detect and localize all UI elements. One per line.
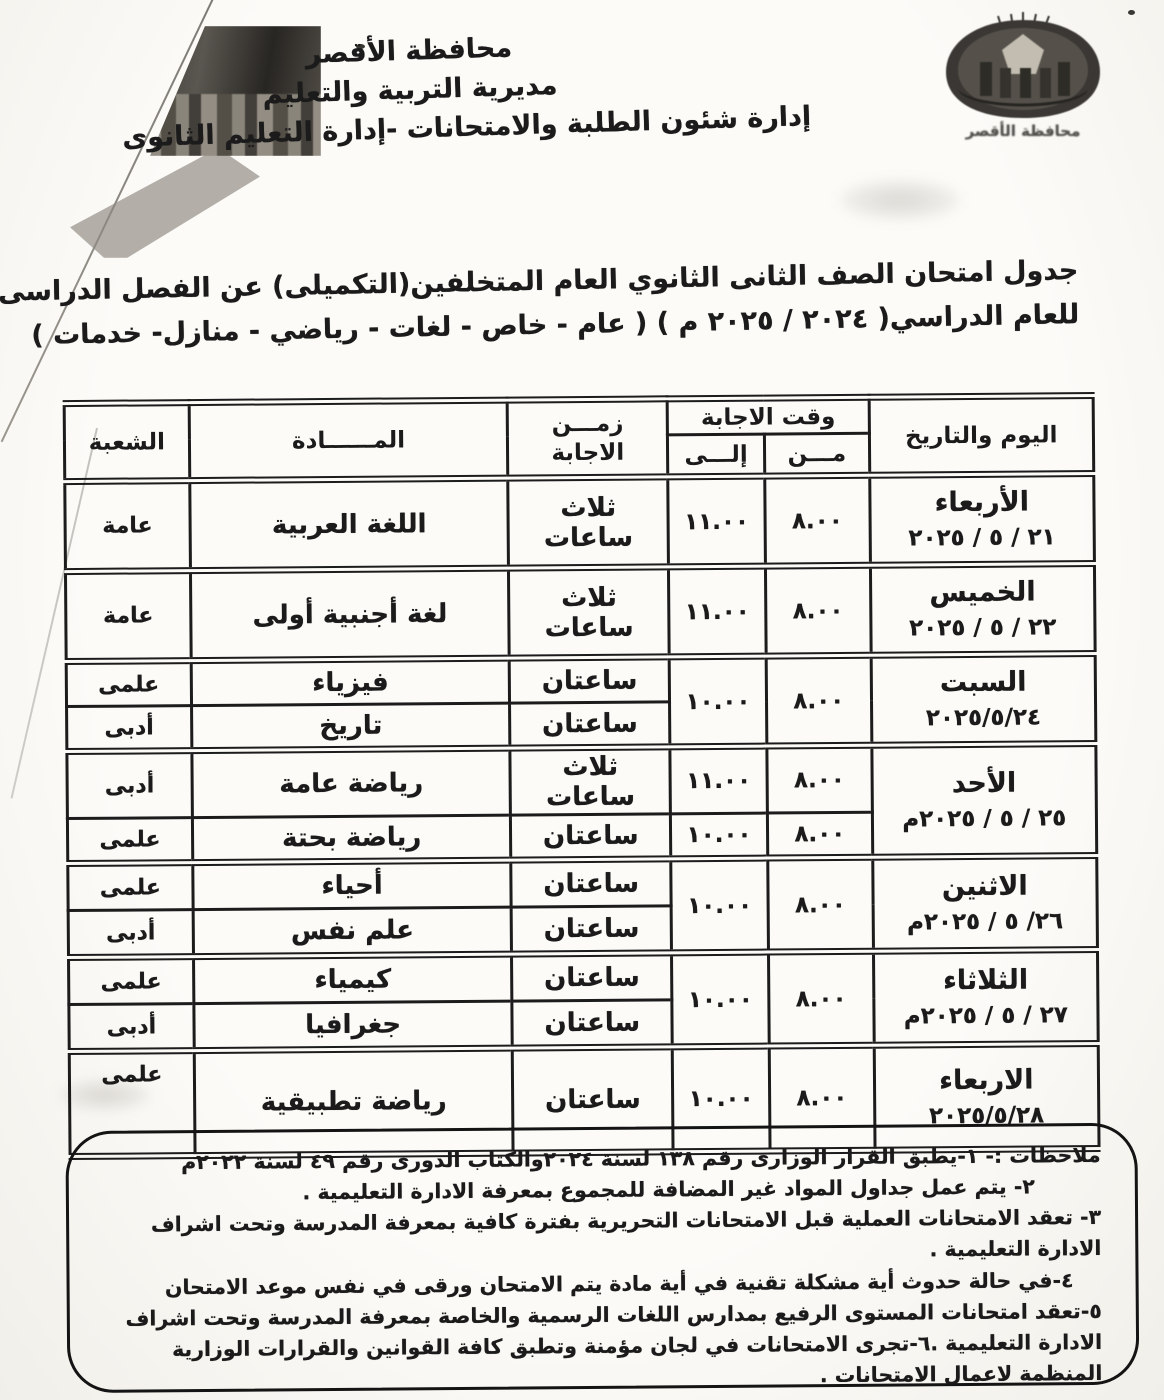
table-row: الأحد ٢٥ / ٥ / ٢٠٢٥م ٨.٠٠ ١١.٠٠ ثلاث ساع…	[67, 743, 1096, 818]
cell-to: ١٠.٠٠	[672, 952, 770, 1047]
cell-subject: فيزياء	[191, 658, 510, 706]
cell-duration: ثلاث ساعات	[510, 747, 670, 815]
document-body: جدول امتحان الصف الثانى الثانوي العام ال…	[0, 0, 1164, 1400]
table-row: الخميس ٢٢ / ٥ / ٢٠٢٥ ٨.٠٠ ١١.٠٠ ثلاث ساع…	[65, 563, 1095, 661]
title-line-1: جدول امتحان الصف الثانى الثانوي العام ال…	[88, 255, 1078, 306]
cell-subject: لغة أجنبية أولى	[190, 568, 509, 661]
notes-box: ملاحظات :- ١-يطبق القرار الوزارى رقم ١٣٨…	[65, 1123, 1139, 1393]
cell-day: الثلاثاء ٢٧ / ٥ / ٢٠٢٥م	[873, 949, 1098, 1045]
cell-subject: علم نفس	[193, 907, 512, 957]
note-line-3: ٣- تعقد الامتحانات العملية قبل الامتحانا…	[124, 1202, 1101, 1272]
cell-branch: علمى	[66, 661, 191, 707]
cell-duration: ساعتان	[512, 1000, 672, 1048]
exam-schedule-table-wrap: اليوم والتاريخ وقت الاجابة زمـــن الاجاب…	[63, 392, 1101, 1160]
table-row: السبت ٢٠٢٥/٥/٢٤ ٨.٠٠ ١٠.٠٠ ساعتان فيزياء…	[66, 653, 1095, 706]
cell-subject: اللغة العربية	[190, 478, 509, 571]
cell-duration: ساعتان	[511, 814, 671, 860]
cell-duration: ساعتان	[510, 657, 670, 703]
day-date: ٢١ / ٥ / ٢٠٢٥	[874, 523, 1090, 555]
cell-subject: أحياء	[193, 860, 512, 910]
cell-duration: ثلاث ساعات	[509, 567, 669, 658]
exam-schedule-table: اليوم والتاريخ وقت الاجابة زمـــن الاجاب…	[63, 392, 1101, 1160]
scanned-exam-schedule-page: { "letterhead": { "line1": "محافظة الأقص…	[0, 0, 1164, 1400]
cell-to: ١٠.٠٠	[671, 858, 769, 953]
title-line-2: للعام الدراسي( ٢٠٢٤ / ٢٠٢٥ م ) ( عام - خ…	[89, 299, 1079, 350]
table-row: الاثنين ٢٦/ ٥ / ٢٠٢٥م ٨.٠٠ ١٠.٠٠ ساعتان …	[68, 855, 1097, 910]
day-name: الخميس	[875, 574, 1091, 611]
cell-branch: أدبى	[68, 910, 193, 958]
cell-day: الأربعاء ٢١ / ٥ / ٢٠٢٥	[869, 473, 1094, 565]
day-date: ٢٠٢٥/٥/٢٤	[876, 703, 1092, 735]
cell-from: ٨.٠٠	[765, 565, 870, 656]
cell-from: ٨.٠٠	[767, 812, 872, 858]
header-to: إلـــى	[667, 434, 764, 477]
day-name: الاربعاء	[879, 1061, 1095, 1098]
day-name: الاثنين	[877, 868, 1093, 905]
cell-day: الخميس ٢٢ / ٥ / ٢٠٢٥	[870, 563, 1095, 655]
cell-to: ١١.٠٠	[668, 476, 766, 567]
cell-day: السبت ٢٠٢٥/٥/٢٤	[871, 653, 1096, 745]
header-answer-time: وقت الاجابة	[667, 397, 869, 435]
cell-duration: ساعتان	[510, 702, 670, 748]
document-title: جدول امتحان الصف الثانى الثانوي العام ال…	[88, 255, 1079, 350]
cell-subject: رياضة بحتة	[192, 815, 511, 863]
day-date: ٢٦/ ٥ / ٢٠٢٥م	[877, 907, 1093, 939]
header-day-date: اليوم والتاريخ	[869, 395, 1094, 475]
cell-branch: علمى	[67, 818, 192, 864]
cell-branch: عامة	[65, 571, 190, 662]
cell-from: ٨.٠٠	[768, 857, 873, 952]
cell-branch: أدبى	[69, 1004, 194, 1052]
cell-day: الأحد ٢٥ / ٥ / ٢٠٢٥م	[872, 743, 1097, 857]
cell-from: ٨.٠٠	[765, 475, 870, 566]
cell-to: ١٠.٠٠	[669, 656, 767, 747]
cell-branch: أدبى	[67, 706, 192, 752]
cell-to: ١٠.٠٠	[670, 813, 767, 859]
day-date: ٢٧ / ٥ / ٢٠٢٥م	[878, 1001, 1094, 1033]
day-name: الأحد	[876, 765, 1092, 802]
table-row: الثلاثاء ٢٧ / ٥ / ٢٠٢٥م ٨.٠٠ ١٠.٠٠ ساعتا…	[69, 949, 1098, 1004]
cell-subject: كيمياء	[193, 954, 512, 1004]
day-date: ٢٢ / ٥ / ٢٠٢٥	[875, 613, 1091, 645]
cell-duration: ثلاث ساعات	[508, 477, 668, 568]
cell-from: ٨.٠٠	[767, 745, 872, 813]
cell-duration: ساعتان	[511, 859, 671, 907]
header-from: مـــن	[764, 433, 869, 476]
cell-to: ١١.٠٠	[669, 566, 767, 657]
cell-branch: علمى	[68, 863, 193, 911]
cell-subject: تاريخ	[191, 703, 510, 751]
cell-branch: علمى	[69, 957, 194, 1005]
header-subject: المــــــادة	[189, 400, 508, 481]
cell-branch: عامة	[65, 481, 190, 572]
cell-duration: ساعتان	[512, 953, 672, 1001]
note-line-5: ٥-تعقد امتحانات المستوى الرفيع بمدارس ال…	[125, 1296, 1103, 1397]
cell-branch: أدبى	[67, 751, 192, 819]
day-name: السبت	[875, 664, 1091, 701]
day-name: الأربعاء	[874, 484, 1090, 521]
header-row-1: اليوم والتاريخ وقت الاجابة زمـــن الاجاب…	[64, 395, 1093, 439]
cell-subject: رياضة عامة	[192, 748, 511, 818]
cell-to: ١١.٠٠	[670, 746, 767, 814]
day-date: ٢٥ / ٥ / ٢٠٢٥م	[877, 804, 1093, 836]
cell-subject: جغرافيا	[194, 1001, 513, 1051]
cell-duration: ساعتان	[512, 906, 672, 954]
cell-from: ٨.٠٠	[766, 655, 871, 746]
day-name: الثلاثاء	[878, 962, 1094, 999]
header-duration: زمـــن الاجابة	[508, 399, 668, 478]
cell-day: الاثنين ٢٦/ ٥ / ٢٠٢٥م	[872, 855, 1097, 951]
table-row: الأربعاء ٢١ / ٥ / ٢٠٢٥ ٨.٠٠ ١١.٠٠ ثلاث س…	[65, 473, 1095, 571]
cell-from: ٨.٠٠	[768, 951, 873, 1046]
header-branch: الشعبة	[64, 403, 189, 482]
